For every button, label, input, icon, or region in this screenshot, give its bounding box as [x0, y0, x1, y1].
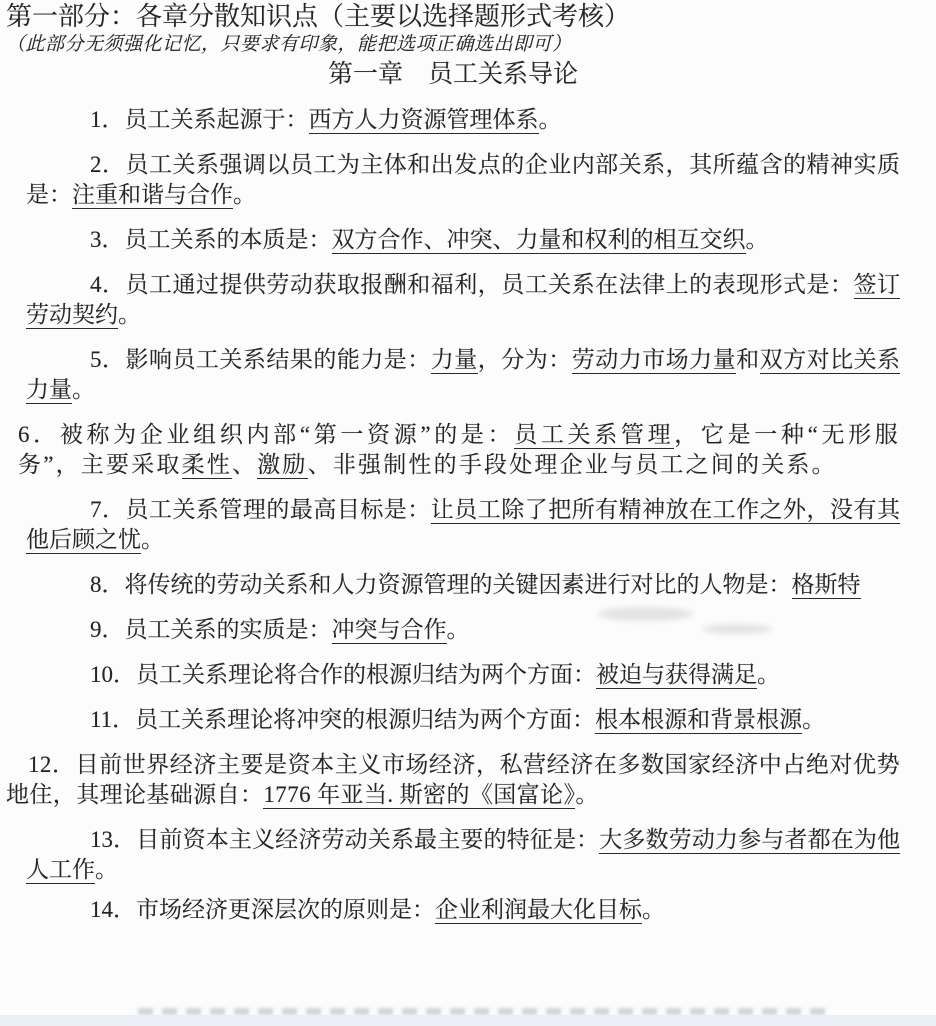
item-text: 。: [746, 227, 769, 252]
answer-underlined: 冲突与合作: [332, 617, 447, 644]
list-item: 5．影响员工关系结果的能力是：力量，分为：劳动力市场力量和双方对比关系力量。: [26, 345, 900, 405]
list-item: 3．员工关系的本质是：双方合作、冲突、力量和权利的相互交织。: [26, 225, 900, 255]
list-item: 6．被称为企业组织内部“第一资源”的是：员工关系管理，它是一种“无形服务”，主要…: [18, 420, 900, 480]
answer-underlined: 1776 年亚当. 斯密的《国富论》: [263, 782, 575, 809]
answer-underlined: 员工关系管理: [514, 422, 674, 449]
item-text: 11．员工关系理论将冲突的根源归结为两个方面：: [90, 707, 595, 732]
answer-underlined: 被迫与获得满足: [596, 662, 757, 689]
item-text: ，分为：: [478, 347, 572, 372]
answer-underlined: 注重和谐与合作: [72, 182, 233, 209]
item-text: 6．被称为企业组织内部“第一资源”的是：: [18, 422, 514, 447]
answer-underlined: 格斯特: [792, 572, 861, 599]
item-text: 14．市场经济更深层次的原则是：: [90, 897, 435, 922]
item-text: 。: [447, 617, 470, 642]
item-text: 。: [802, 707, 825, 732]
answer-underlined: 激励: [257, 452, 307, 479]
part-heading: 第一部分：各章分散知识点（主要以选择题形式考核）: [6, 0, 900, 32]
list-item: 12．目前世界经济主要是资本主义市场经济，私营经济在多数国家经济中占绝对优势地住…: [6, 750, 900, 810]
list-item: 11．员工关系理论将冲突的根源归结为两个方面：根本根源和背景根源。: [26, 705, 900, 735]
item-text: 7．员工关系管理的最高目标是：: [90, 497, 431, 522]
item-text: 。: [575, 782, 598, 807]
item-text: 。: [233, 182, 256, 207]
item-text: 。: [642, 897, 665, 922]
list-item: 14．市场经济更深层次的原则是：企业利润最大化目标。: [26, 895, 900, 925]
item-text: 。: [141, 527, 164, 552]
item-text: 1．员工关系起源于：: [90, 107, 309, 132]
list-item: 2．员工关系强调以员工为主体和出发点的企业内部关系，其所蕴含的精神实质是：注重和…: [26, 150, 900, 210]
item-text: 。: [757, 662, 780, 687]
item-text: 和: [736, 347, 760, 372]
item-text: 3．员工关系的本质是：: [90, 227, 332, 252]
document-page: 第一部分：各章分散知识点（主要以选择题形式考核） （此部分无须强化记忆，只要求有…: [0, 0, 936, 1026]
list-item: 13．目前资本主义经济劳动关系最主要的特征是：大多数劳动力参与者都在为他人工作。: [26, 825, 900, 885]
answer-underlined: 西方人力资源管理体系: [309, 107, 539, 134]
list-item: 7．员工关系管理的最高目标是：让员工除了把所有精神放在工作之外，没有其他后顾之忧…: [26, 495, 900, 555]
list-item: 8．将传统的劳动关系和人力资源管理的关键因素进行对比的人物是：格斯特: [26, 570, 900, 600]
item-text: 10．员工关系理论将合作的根源归结为两个方面：: [90, 662, 596, 687]
chapter-heading: 第一章 员工关系导论: [6, 58, 900, 90]
answer-underlined: 双方合作、冲突、力量和权利的相互交织: [332, 227, 746, 254]
note-line: （此部分无须强化记忆，只要求有印象，能把选项正确选出即可）: [6, 32, 900, 58]
knowledge-point-list: 1．员工关系起源于：西方人力资源管理体系。2．员工关系强调以员工为主体和出发点的…: [6, 105, 900, 925]
list-item: 4．员工通过提供劳动获取报酬和福利，员工关系在法律上的表现形式是：签订劳动契约。: [26, 270, 900, 330]
item-text: 、: [232, 452, 257, 477]
item-text: 8．将传统的劳动关系和人力资源管理的关键因素进行对比的人物是：: [90, 572, 792, 597]
list-item: 1．员工关系起源于：西方人力资源管理体系。: [26, 105, 900, 135]
list-item: 10．员工关系理论将合作的根源归结为两个方面：被迫与获得满足。: [26, 660, 900, 690]
answer-underlined: 根本根源和背景根源: [595, 707, 802, 734]
scan-smudge: [598, 607, 693, 621]
item-text: 。: [72, 377, 95, 402]
item-text: 。: [539, 107, 562, 132]
item-text: 9．员工关系的实质是：: [90, 617, 332, 642]
item-text: 4．员工通过提供劳动获取报酬和福利，员工关系在法律上的表现形式是：: [90, 272, 854, 297]
answer-underlined: 柔性: [182, 452, 232, 479]
scan-smudge: [702, 624, 772, 634]
footer-strip: [0, 1015, 936, 1026]
item-text: 、非强制性的手段处理企业与员工之间的关系。: [308, 452, 837, 477]
item-text: 。: [118, 302, 141, 327]
answer-underlined: 劳动力市场力量: [572, 347, 736, 374]
answer-underlined: 力量: [431, 347, 478, 374]
item-text: 5．影响员工关系结果的能力是：: [90, 347, 431, 372]
item-text: 。: [95, 857, 118, 882]
item-text: 13．目前资本主义经济劳动关系最主要的特征是：: [90, 827, 599, 852]
cropped-next-line-ghost: [138, 1008, 832, 1015]
answer-underlined: 企业利润最大化目标: [435, 897, 642, 924]
